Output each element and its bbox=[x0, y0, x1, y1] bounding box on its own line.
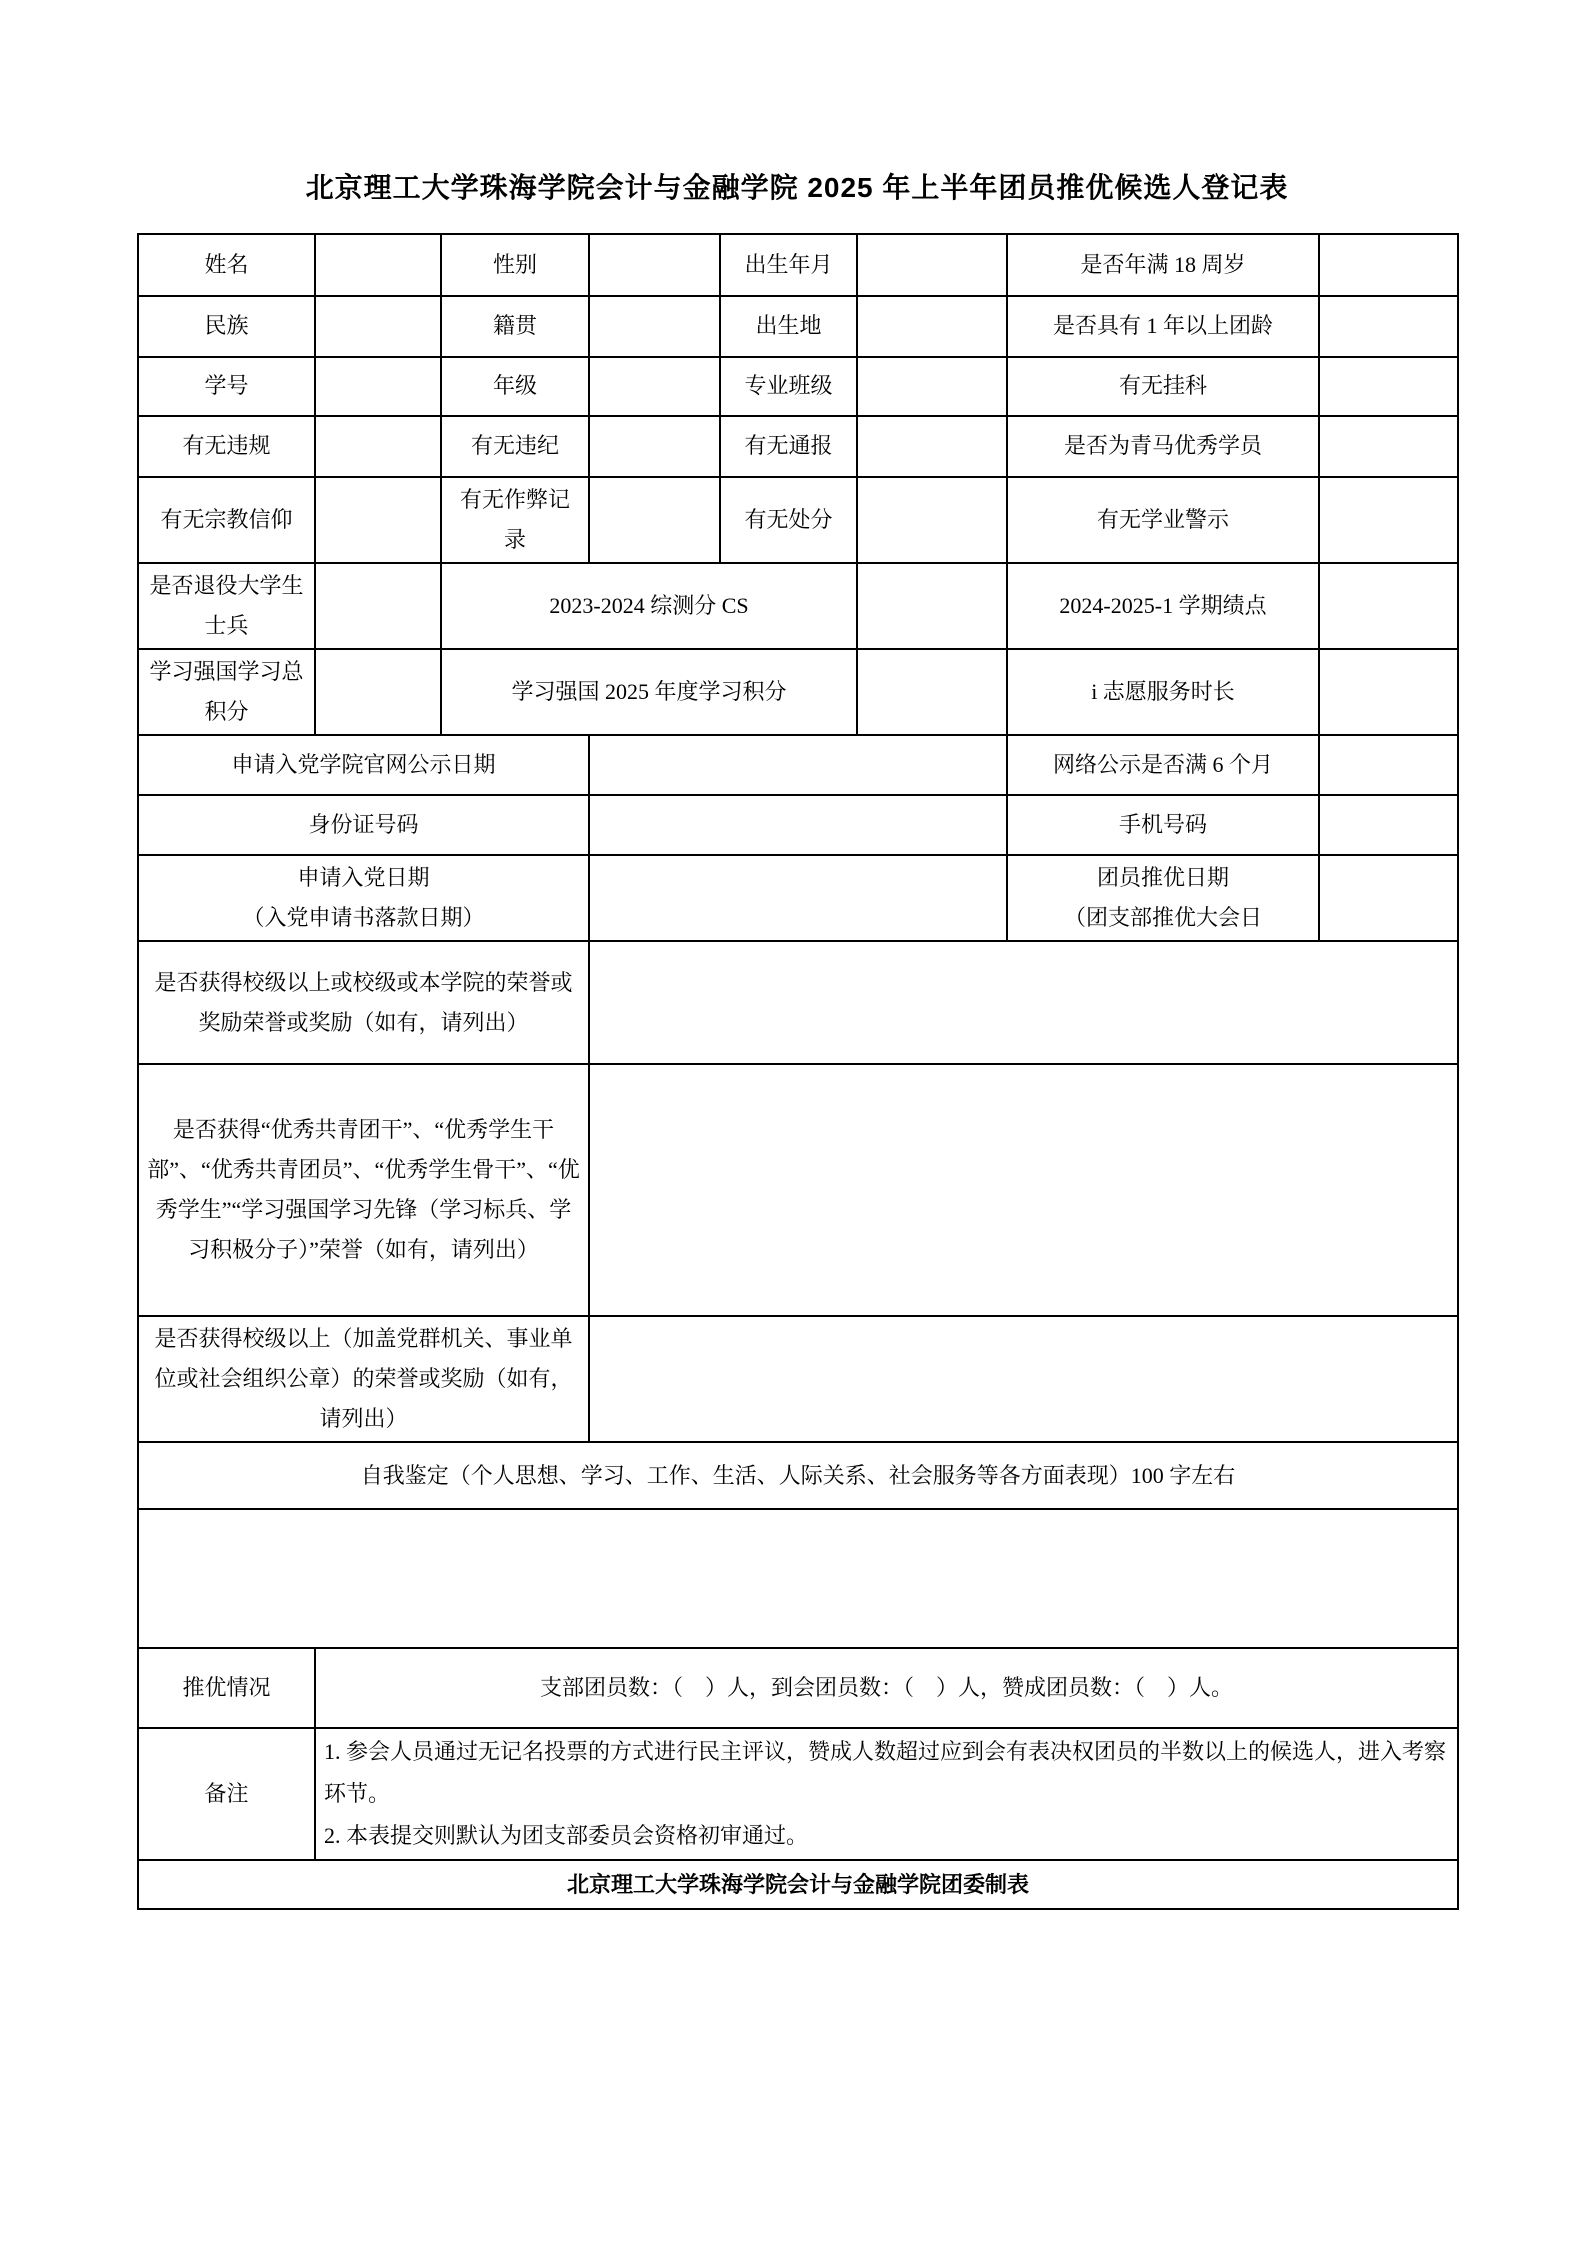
retired-soldier-label: 是否退役大学生士兵 bbox=[138, 563, 315, 649]
notice-label: 有无通报 bbox=[720, 416, 857, 477]
table-maker-note: 北京理工大学珠海学院会计与金融学院团委制表 bbox=[138, 1860, 1458, 1909]
xuexiqiangguo-2025-input-cell[interactable] bbox=[857, 649, 1007, 735]
id-number-input-cell[interactable] bbox=[589, 795, 1007, 855]
party-application-date-input-cell[interactable] bbox=[589, 855, 1007, 941]
league-age-label: 是否具有 1 年以上团龄 bbox=[1007, 296, 1319, 357]
comprehensive-score-input-cell[interactable] bbox=[857, 563, 1007, 649]
table-row: 推优情况 支部团员数：（ ）人，到会团员数：（ ）人，赞成团员数：（ ）人。 bbox=[138, 1648, 1458, 1728]
retired-soldier-input-cell[interactable] bbox=[315, 563, 441, 649]
xuexiqiangguo-2025-label: 学习强国 2025 年度学习积分 bbox=[441, 649, 857, 735]
table-row: 备注 1. 参会人员通过无记名投票的方式进行民主评议，赞成人数超过应到会有表决权… bbox=[138, 1728, 1458, 1860]
birth-date-input-cell[interactable] bbox=[857, 234, 1007, 296]
notice-input-cell[interactable] bbox=[857, 416, 1007, 477]
age-over-18-label: 是否年满 18 周岁 bbox=[1007, 234, 1319, 296]
registration-table: 姓名 性别 出生年月 是否年满 18 周岁 民族 籍贯 出生地 是否具有 1 年… bbox=[137, 233, 1459, 1910]
stamped-honors-input-cell[interactable] bbox=[589, 1316, 1458, 1442]
religion-label: 有无宗教信仰 bbox=[138, 477, 315, 563]
remarks-label: 备注 bbox=[138, 1728, 315, 1860]
birth-place-input-cell[interactable] bbox=[857, 296, 1007, 357]
table-row: 学习强国学习总积分 学习强国 2025 年度学习积分 i 志愿服务时长 bbox=[138, 649, 1458, 735]
birth-place-label: 出生地 bbox=[720, 296, 857, 357]
student-id-label: 学号 bbox=[138, 357, 315, 416]
table-row bbox=[138, 1509, 1458, 1648]
form-title: 北京理工大学珠海学院会计与金融学院 2025 年上半年团员推优候选人登记表 bbox=[137, 166, 1457, 206]
gender-label: 性别 bbox=[441, 234, 589, 296]
discipline-violation-input-cell[interactable] bbox=[589, 416, 720, 477]
punishment-label: 有无处分 bbox=[720, 477, 857, 563]
recommendation-status-text: 支部团员数：（ ）人，到会团员数：（ ）人，赞成团员数：（ ）人。 bbox=[315, 1648, 1458, 1728]
gender-input-cell[interactable] bbox=[589, 234, 720, 296]
cheating-record-input-cell[interactable] bbox=[589, 477, 720, 563]
failed-course-label: 有无挂科 bbox=[1007, 357, 1319, 416]
qingma-excellent-label: 是否为青马优秀学员 bbox=[1007, 416, 1319, 477]
phone-number-label: 手机号码 bbox=[1007, 795, 1319, 855]
party-publicity-date-input-cell[interactable] bbox=[589, 735, 1007, 795]
online-publicity-label: 网络公示是否满 6 个月 bbox=[1007, 735, 1319, 795]
native-place-label: 籍贯 bbox=[441, 296, 589, 357]
table-row: 申请入党日期 （入党申请书落款日期） 团员推优日期 （团支部推优大会日 bbox=[138, 855, 1458, 941]
id-number-label: 身份证号码 bbox=[138, 795, 589, 855]
age-over-18-input-cell[interactable] bbox=[1319, 234, 1458, 296]
table-row: 是否获得校级以上或校级或本学院的荣誉或奖励荣誉或奖励（如有，请列出） bbox=[138, 941, 1458, 1064]
table-row: 民族 籍贯 出生地 是否具有 1 年以上团龄 bbox=[138, 296, 1458, 357]
religion-input-cell[interactable] bbox=[315, 477, 441, 563]
grade-input-cell[interactable] bbox=[589, 357, 720, 416]
native-place-input-cell[interactable] bbox=[589, 296, 720, 357]
table-row: 申请入党学院官网公示日期 网络公示是否满 6 个月 bbox=[138, 735, 1458, 795]
cheating-record-label: 有无作弊记录 bbox=[441, 477, 589, 563]
table-row: 有无违规 有无违纪 有无通报 是否为青马优秀学员 bbox=[138, 416, 1458, 477]
name-label: 姓名 bbox=[138, 234, 315, 296]
ethnicity-input-cell[interactable] bbox=[315, 296, 441, 357]
discipline-violation-label: 有无违纪 bbox=[441, 416, 589, 477]
comprehensive-score-label: 2023-2024 综测分 CS bbox=[441, 563, 857, 649]
document-page: 北京理工大学珠海学院会计与金融学院 2025 年上半年团员推优候选人登记表 姓名… bbox=[0, 0, 1586, 2245]
grade-label: 年级 bbox=[441, 357, 589, 416]
stamped-honors-label: 是否获得校级以上（加盖党群机关、事业单位或社会组织公章）的荣誉或奖励（如有，请列… bbox=[138, 1316, 589, 1442]
academic-warning-input-cell[interactable] bbox=[1319, 477, 1458, 563]
student-id-input-cell[interactable] bbox=[315, 357, 441, 416]
recommendation-status-label: 推优情况 bbox=[138, 1648, 315, 1728]
volunteer-hours-label: i 志愿服务时长 bbox=[1007, 649, 1319, 735]
major-class-input-cell[interactable] bbox=[857, 357, 1007, 416]
school-honors-label: 是否获得校级以上或校级或本学院的荣誉或奖励荣誉或奖励（如有，请列出） bbox=[138, 941, 589, 1064]
league-recommendation-date-input-cell[interactable] bbox=[1319, 855, 1458, 941]
table-row: 有无宗教信仰 有无作弊记录 有无处分 有无学业警示 bbox=[138, 477, 1458, 563]
punishment-input-cell[interactable] bbox=[857, 477, 1007, 563]
league-honors-input-cell[interactable] bbox=[589, 1064, 1458, 1316]
online-publicity-input-cell[interactable] bbox=[1319, 735, 1458, 795]
league-honors-label: 是否获得“优秀共青团干”、“优秀学生干部”、“优秀共青团员”、“优秀学生骨干”、… bbox=[138, 1064, 589, 1316]
self-assessment-input-cell[interactable] bbox=[138, 1509, 1458, 1648]
table-row: 姓名 性别 出生年月 是否年满 18 周岁 bbox=[138, 234, 1458, 296]
remark-item-2: 2. 本表提交则默认为团支部委员会资格初审通过。 bbox=[324, 1815, 1449, 1857]
violation-input-cell[interactable] bbox=[315, 416, 441, 477]
league-age-input-cell[interactable] bbox=[1319, 296, 1458, 357]
self-assessment-header: 自我鉴定（个人思想、学习、工作、生活、人际关系、社会服务等各方面表现）100 字… bbox=[138, 1442, 1458, 1509]
academic-warning-label: 有无学业警示 bbox=[1007, 477, 1319, 563]
table-row: 是否获得“优秀共青团干”、“优秀学生干部”、“优秀共青团员”、“优秀学生骨干”、… bbox=[138, 1064, 1458, 1316]
birth-date-label: 出生年月 bbox=[720, 234, 857, 296]
table-row: 自我鉴定（个人思想、学习、工作、生活、人际关系、社会服务等各方面表现）100 字… bbox=[138, 1442, 1458, 1509]
ethnicity-label: 民族 bbox=[138, 296, 315, 357]
violation-label: 有无违规 bbox=[138, 416, 315, 477]
party-application-date-label: 申请入党日期 （入党申请书落款日期） bbox=[138, 855, 589, 941]
table-row: 是否获得校级以上（加盖党群机关、事业单位或社会组织公章）的荣誉或奖励（如有，请列… bbox=[138, 1316, 1458, 1442]
party-publicity-date-label: 申请入党学院官网公示日期 bbox=[138, 735, 589, 795]
volunteer-hours-input-cell[interactable] bbox=[1319, 649, 1458, 735]
table-row: 学号 年级 专业班级 有无挂科 bbox=[138, 357, 1458, 416]
league-recommendation-date-label: 团员推优日期 （团支部推优大会日 bbox=[1007, 855, 1319, 941]
xuexiqiangguo-total-input-cell[interactable] bbox=[315, 649, 441, 735]
school-honors-input-cell[interactable] bbox=[589, 941, 1458, 1064]
major-class-label: 专业班级 bbox=[720, 357, 857, 416]
name-input-cell[interactable] bbox=[315, 234, 441, 296]
phone-number-input-cell[interactable] bbox=[1319, 795, 1458, 855]
table-row: 身份证号码 手机号码 bbox=[138, 795, 1458, 855]
remark-item-1: 1. 参会人员通过无记名投票的方式进行民主评议，赞成人数超过应到会有表决权团员的… bbox=[324, 1731, 1449, 1815]
semester-gpa-input-cell[interactable] bbox=[1319, 563, 1458, 649]
failed-course-input-cell[interactable] bbox=[1319, 357, 1458, 416]
qingma-excellent-input-cell[interactable] bbox=[1319, 416, 1458, 477]
semester-gpa-label: 2024-2025-1 学期绩点 bbox=[1007, 563, 1319, 649]
xuexiqiangguo-total-label: 学习强国学习总积分 bbox=[138, 649, 315, 735]
remarks-content: 1. 参会人员通过无记名投票的方式进行民主评议，赞成人数超过应到会有表决权团员的… bbox=[315, 1728, 1458, 1860]
table-row: 是否退役大学生士兵 2023-2024 综测分 CS 2024-2025-1 学… bbox=[138, 563, 1458, 649]
table-row: 北京理工大学珠海学院会计与金融学院团委制表 bbox=[138, 1860, 1458, 1909]
